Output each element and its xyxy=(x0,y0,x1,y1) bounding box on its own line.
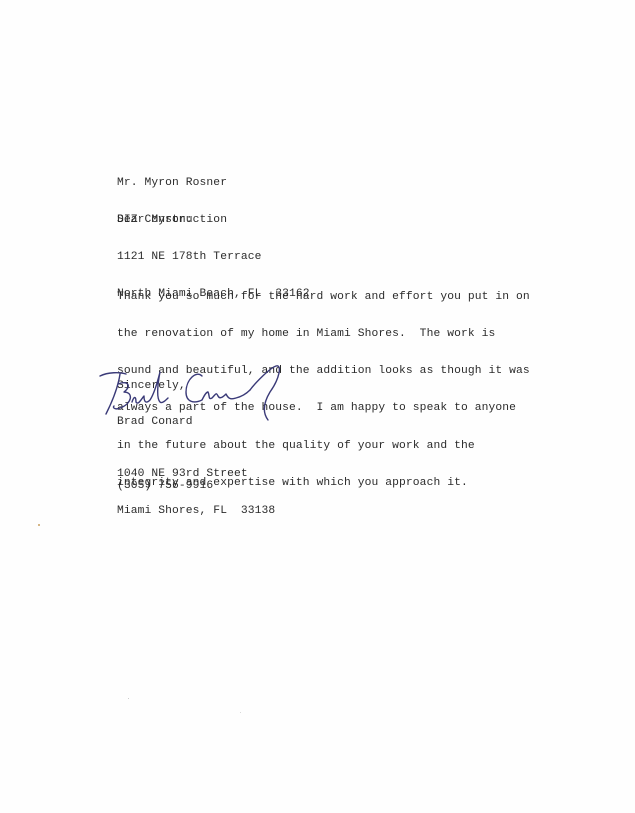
sender-line: Miami Shores, FL 33138 xyxy=(117,505,275,517)
salutation: Dear Myron: xyxy=(117,214,193,226)
paper-speck xyxy=(128,698,129,699)
body-line: the renovation of my home in Miami Shore… xyxy=(117,328,530,340)
body-line: Thank you so much for the hard work and … xyxy=(117,291,530,303)
letter-page: Mr. Myron Rosner SIZ Construction 1121 N… xyxy=(0,0,635,813)
paper-speck xyxy=(38,524,40,526)
sender-phone: (305) 756-9916 xyxy=(117,480,213,492)
sender-line: 1040 NE 93rd Street xyxy=(117,468,275,480)
paper-speck xyxy=(240,712,241,713)
recipient-line: Mr. Myron Rosner xyxy=(117,177,310,189)
recipient-line: 1121 NE 178th Terrace xyxy=(117,251,310,263)
sender-address: 1040 NE 93rd Street Miami Shores, FL 331… xyxy=(117,443,275,542)
signer-name: Brad Conard xyxy=(117,416,193,428)
